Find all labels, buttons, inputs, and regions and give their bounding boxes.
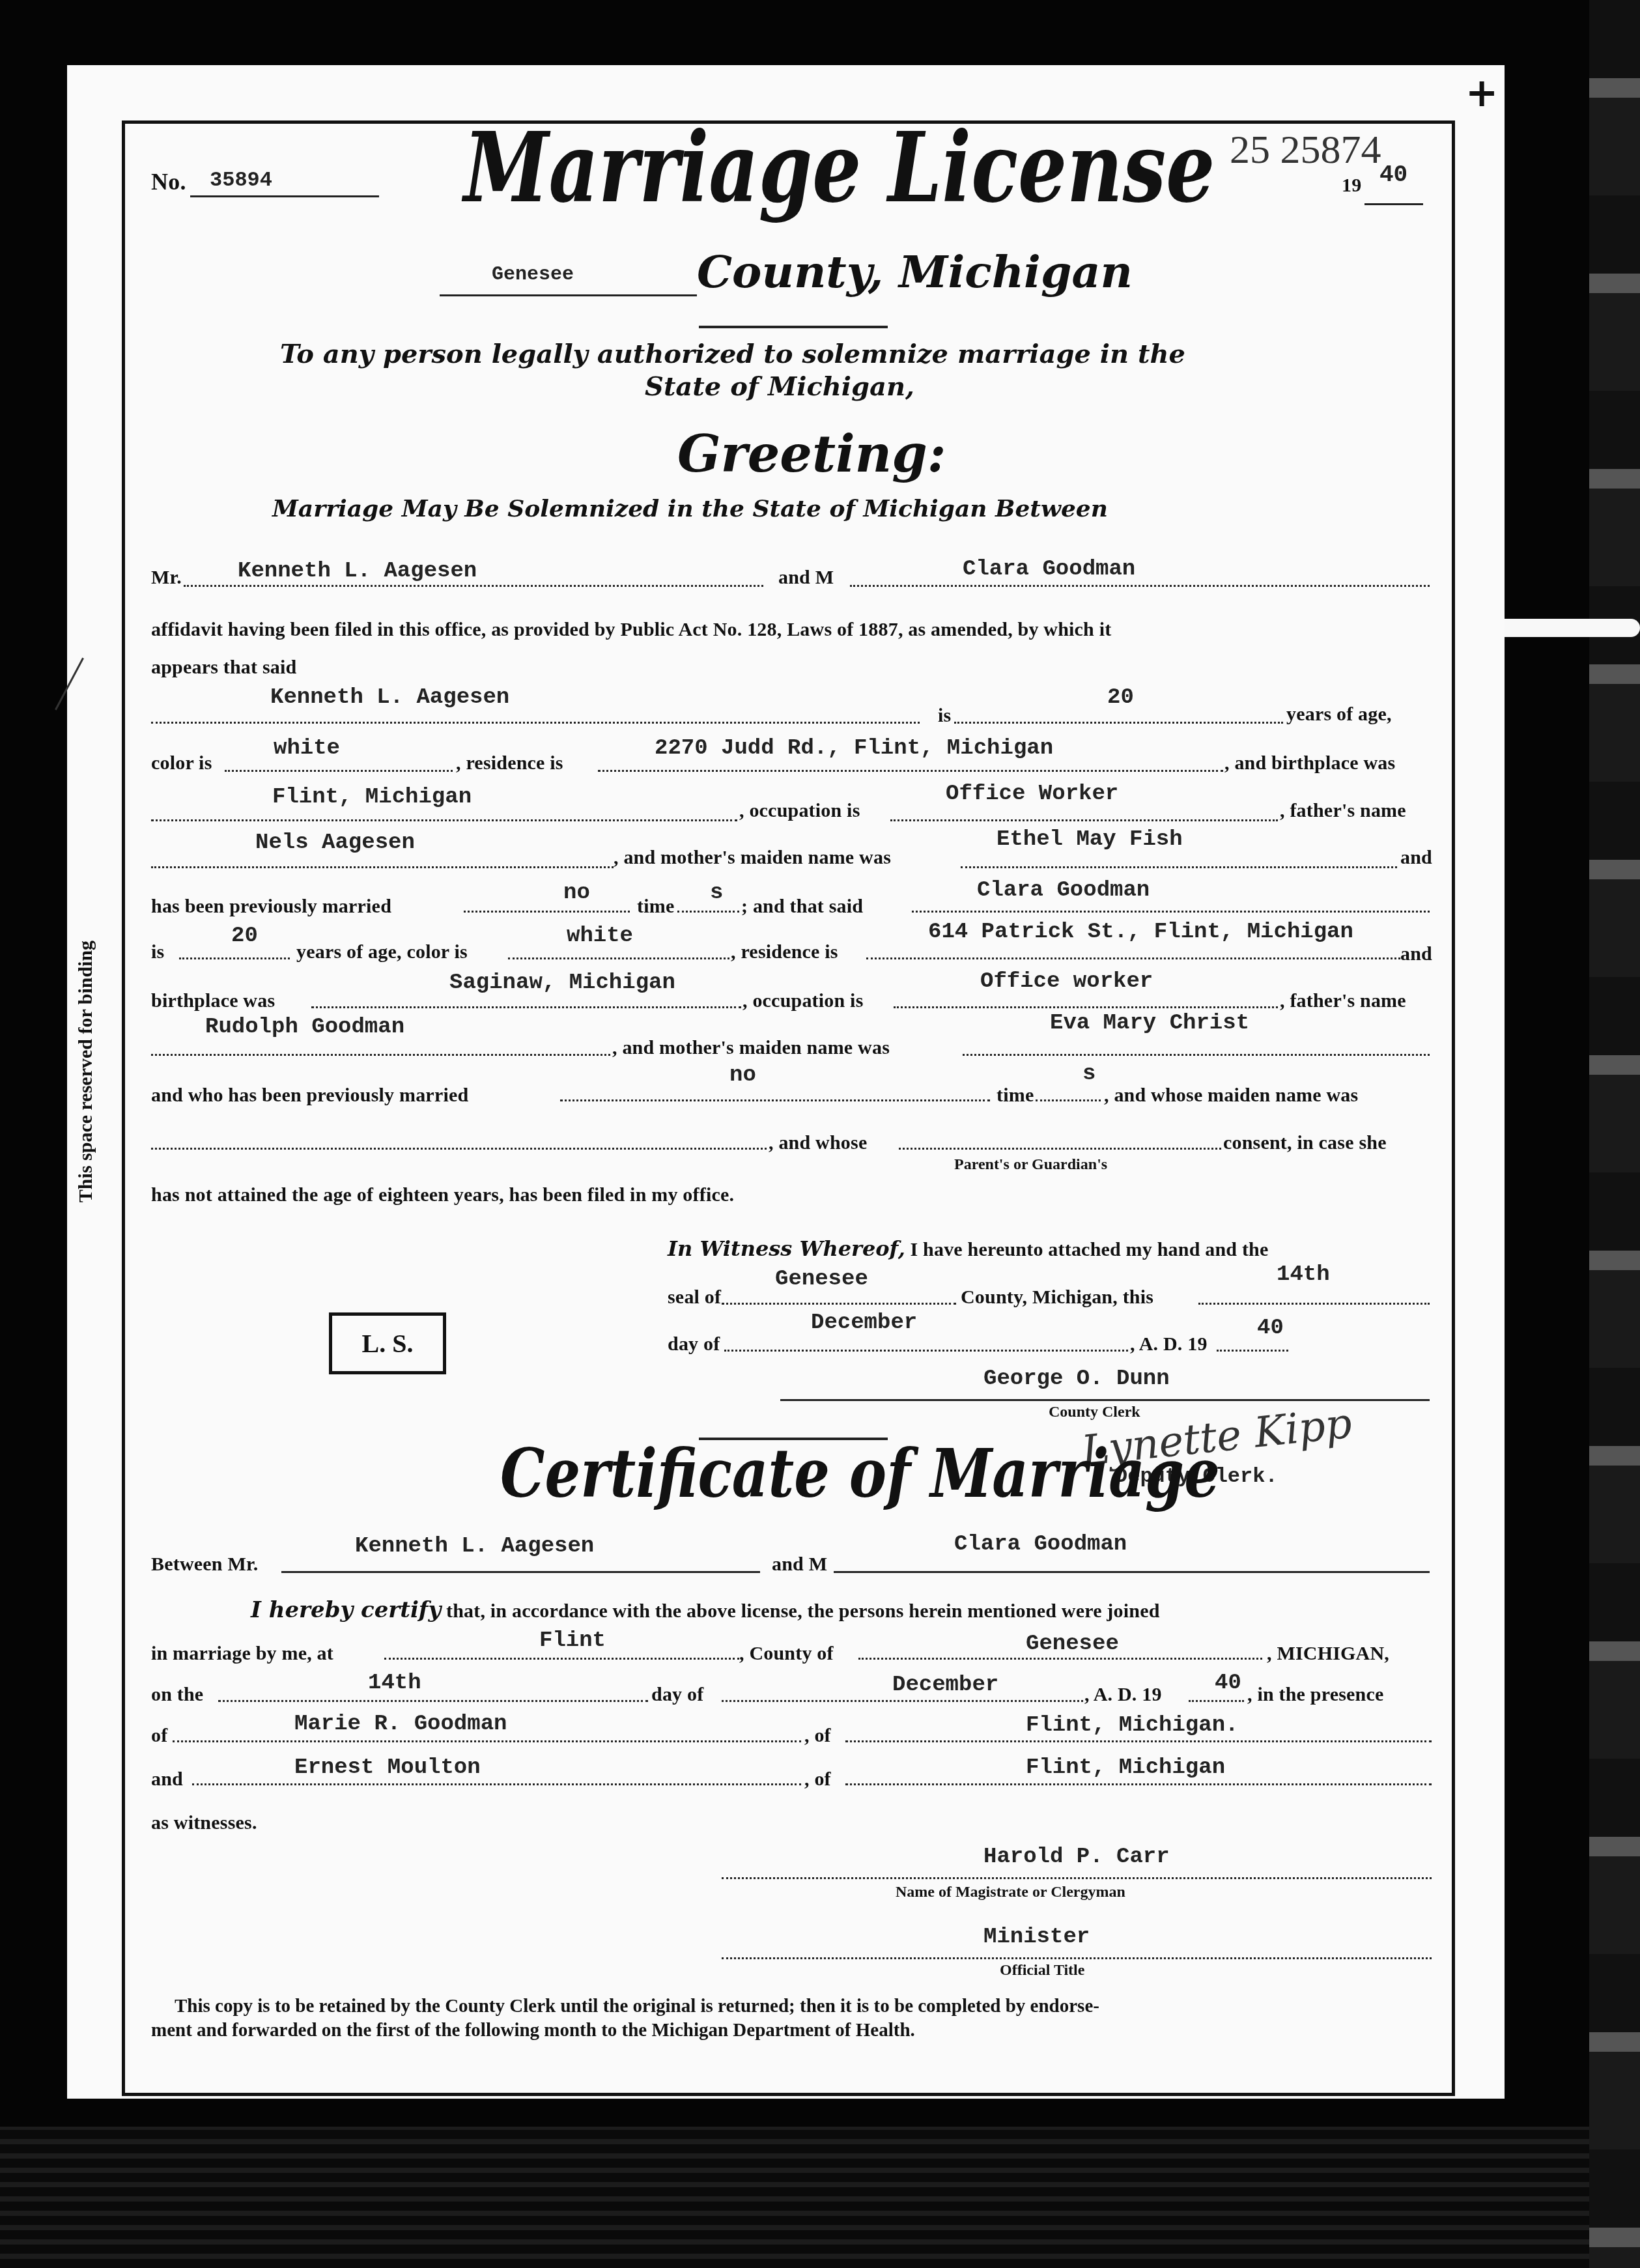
- groom-and-that-said: ; and that said: [741, 896, 863, 918]
- official-title-value: Minister: [983, 1925, 1090, 1949]
- groom-residence: 2270 Judd Rd., Flint, Michigan: [655, 736, 1053, 761]
- day-of-label: day of: [668, 1333, 720, 1355]
- groom-times: s: [710, 881, 723, 905]
- seal-label: seal of: [668, 1286, 721, 1309]
- in-marriage-label: in marriage by me, at: [151, 1643, 333, 1665]
- seal-month: December: [811, 1311, 917, 1335]
- cert-between-label: Between Mr.: [151, 1553, 258, 1576]
- bride-name: Clara Goodman: [963, 557, 1135, 582]
- groom-name-line: [151, 722, 920, 724]
- cert-day-of-label: day of: [651, 1684, 703, 1706]
- seal-day: 14th: [1277, 1262, 1330, 1287]
- witness1-place: Flint, Michigan.: [1026, 1713, 1238, 1738]
- groom-occupation-label: , occupation is: [739, 800, 860, 822]
- witness2-name-line: [192, 1783, 801, 1785]
- cert-and-label: and M: [772, 1553, 827, 1576]
- address-line-2: State of Michigan,: [645, 371, 914, 402]
- certify-statement: I hereby certify that, in accordance wit…: [251, 1597, 1160, 1623]
- corner-mark: +: [1465, 70, 1498, 116]
- seal-month-line: [724, 1350, 1128, 1352]
- presence-label: , in the presence: [1247, 1684, 1384, 1706]
- greeting: Greeting:: [677, 425, 946, 484]
- groom-prev-married-line: [464, 911, 630, 913]
- bride-residence: 614 Patrick St., Flint, Michigan: [928, 920, 1353, 944]
- ls-seal-box: L. S.: [329, 1312, 446, 1374]
- license-no-value: 35894: [210, 168, 272, 192]
- cert-month-line: [722, 1700, 1083, 1702]
- affidavit-line-1: affidavit having been filed in this offi…: [151, 619, 1111, 641]
- cert-day-line: [218, 1700, 648, 1702]
- cert-ad-label: , A. D. 19: [1084, 1684, 1162, 1706]
- year-suffix: 40: [1379, 162, 1407, 188]
- cert-year: 40: [1215, 1671, 1241, 1695]
- groom-years-label: years of age,: [1286, 703, 1392, 726]
- bride-residence-line: [866, 957, 1400, 959]
- groom-father-line: [151, 866, 614, 868]
- cert-and-label-2: and: [151, 1768, 183, 1791]
- groom-prev-married-label: has been previously married: [151, 896, 391, 918]
- bride-occupation-label: , occupation is: [742, 990, 864, 1012]
- bride-residence-label: , residence is: [731, 941, 838, 963]
- groom-is-label: is: [938, 705, 951, 727]
- groom-age: 20: [1107, 685, 1134, 710]
- bride-occupation-line: [894, 1006, 1278, 1008]
- affidavit-line-2: appears that said: [151, 657, 296, 679]
- groom-mother-label: , and mother's maiden name was: [614, 847, 891, 869]
- seal-county: Genesee: [775, 1267, 868, 1292]
- bride-maiden-line: [151, 1148, 767, 1150]
- bride-prev-married: no: [729, 1063, 756, 1088]
- seal-year-line: [1217, 1350, 1288, 1352]
- groom-occupation: Office Worker: [946, 782, 1118, 806]
- certify-lead: I hereby certify: [251, 1597, 441, 1623]
- groom-color-label: color is: [151, 752, 212, 774]
- cert-month: December: [892, 1673, 998, 1697]
- header-divider: [699, 326, 888, 328]
- cert-groom-line: [281, 1571, 760, 1573]
- bride-mother: Eva Mary Christ: [1050, 1011, 1249, 1036]
- groom-age-line: [954, 722, 1283, 724]
- seal-ad-label: , A. D. 19: [1130, 1333, 1208, 1355]
- bride-mother-line: [963, 1054, 1430, 1056]
- groom-birthplace: Flint, Michigan: [272, 785, 472, 810]
- bride-and-whose-label: , and whose: [769, 1132, 867, 1154]
- cert-of-label: of: [151, 1725, 167, 1747]
- witness2-of-label: , of: [804, 1768, 831, 1791]
- seal-year: 40: [1257, 1316, 1284, 1340]
- county-line: [440, 294, 697, 296]
- witness1-name-line: [173, 1740, 801, 1742]
- footer-line-1: This copy is to be retained by the Count…: [175, 1994, 1099, 2019]
- bride-mother-label: , and mother's maiden name was: [612, 1037, 890, 1059]
- consent-label: consent, in case she: [1223, 1132, 1387, 1154]
- scan-edge-strip: [1589, 0, 1640, 2268]
- bride-birthplace: Saginaw, Michigan: [449, 971, 675, 995]
- year-prefix: 19: [1342, 175, 1361, 197]
- groom-residence-label: , residence is: [456, 752, 563, 774]
- bride-color-line: [508, 957, 729, 959]
- bride-age: 20: [231, 924, 258, 948]
- year-line: [1364, 203, 1423, 205]
- bride-is-label: is: [151, 941, 164, 963]
- cert-county-of-label: , County of: [739, 1643, 834, 1665]
- witness1-place-line: [845, 1740, 1432, 1742]
- in-witness-whereof: In Witness Whereof,: [668, 1236, 905, 1261]
- bride-father-label: , father's name: [1280, 990, 1406, 1012]
- cert-groom: Kenneth L. Aagesen: [355, 1534, 594, 1559]
- groom-father-label: , father's name: [1280, 800, 1406, 822]
- bride-birthplace-line: [311, 1006, 741, 1008]
- cert-county: Genesee: [1026, 1632, 1119, 1656]
- groom-occupation-line: [890, 819, 1278, 821]
- bride-time-line: [1036, 1099, 1101, 1101]
- cert-year-line: [1189, 1700, 1244, 1702]
- witness-text: I have hereunto attached my hand and the: [905, 1239, 1269, 1260]
- witness2-place-line: [845, 1783, 1432, 1785]
- groom-time-label: time: [637, 896, 674, 918]
- groom-residence-line: [598, 770, 1223, 772]
- cert-place: Flint: [539, 1628, 606, 1653]
- groom-birthplace-label: , and birthplace was: [1224, 752, 1395, 774]
- officiant-name: Harold P. Carr: [983, 1845, 1170, 1869]
- bride-time-label: time: [997, 1084, 1034, 1107]
- cert-bride-line: [834, 1571, 1430, 1573]
- file-number: 25 25874: [1230, 127, 1381, 173]
- bride-occupation: Office worker: [980, 969, 1153, 994]
- groom-mother-line: [961, 866, 1397, 868]
- groom-father: Nels Aagesen: [255, 830, 415, 855]
- county-value: Genesee: [492, 264, 574, 286]
- county-title: County, Michigan: [697, 246, 1133, 298]
- on-the-label: on the: [151, 1684, 203, 1706]
- document-border: [122, 120, 1455, 2096]
- groom-detail-name: Kenneth L. Aagesen: [270, 685, 509, 710]
- document-title: Marriage License: [464, 111, 1215, 224]
- groom-line: [184, 585, 763, 587]
- seal-county-line: [722, 1303, 956, 1305]
- bride-prev-married-label: and who has been previously married: [151, 1084, 468, 1107]
- binding-note: This space reserved for binding: [75, 876, 101, 1267]
- cert-place-line: [384, 1658, 739, 1660]
- groom-name: Kenneth L. Aagesen: [238, 559, 477, 584]
- clerk-caption: County Clerk: [1049, 1404, 1140, 1421]
- bride-maiden-label: , and whose maiden name was: [1104, 1084, 1358, 1107]
- and-m-label: and M: [778, 567, 834, 589]
- officiant-caption: Name of Magistrate or Clergyman: [896, 1884, 1125, 1901]
- guardian-line: [899, 1148, 1221, 1150]
- certificate-title: Certificate of Marriage: [500, 1434, 1220, 1513]
- bride-intro-line: [912, 911, 1430, 913]
- mr-label: Mr.: [151, 567, 182, 589]
- bride-intro-name: Clara Goodman: [977, 878, 1150, 903]
- address-line-1: To any person legally authorized to sole…: [280, 339, 1185, 369]
- clerk-name: George O. Dunn: [983, 1367, 1170, 1391]
- official-title-line: [722, 1957, 1432, 1959]
- age18-line: has not attained the age of eighteen yea…: [151, 1184, 734, 1206]
- bride-line: [850, 585, 1430, 587]
- seal-county-label: County, Michigan, this: [961, 1286, 1153, 1309]
- certify-text: that, in accordance with the above licen…: [441, 1600, 1159, 1622]
- groom-time-line: [677, 911, 739, 913]
- witness2-place: Flint, Michigan: [1026, 1755, 1225, 1780]
- groom-color-line: [225, 770, 453, 772]
- groom-mother: Ethel May Fish: [997, 827, 1183, 852]
- cert-day: 14th: [368, 1671, 421, 1695]
- seal-day-line: [1198, 1303, 1430, 1305]
- bride-prev-married-line: [560, 1099, 990, 1101]
- groom-color: white: [274, 736, 340, 761]
- official-title-caption: Official Title: [1000, 1962, 1084, 1979]
- groom-birthplace-line: [151, 819, 737, 821]
- bride-birthplace-label: birthplace was: [151, 990, 275, 1012]
- cert-bride: Clara Goodman: [954, 1532, 1127, 1557]
- as-witnesses: as witnesses.: [151, 1812, 257, 1834]
- witness-statement: In Witness Whereof, I have hereunto atta…: [668, 1236, 1269, 1261]
- guardian-caption: Parent's or Guardian's: [954, 1156, 1107, 1174]
- footer-line-2: ment and forwarded on the first of the f…: [151, 2019, 915, 2043]
- officiant-line: [722, 1877, 1432, 1879]
- bride-father-line: [151, 1054, 610, 1056]
- bride-color: white: [567, 924, 633, 948]
- license-no-line: [190, 195, 379, 197]
- witness2-name: Ernest Moulton: [294, 1755, 481, 1780]
- cert-county-line: [858, 1658, 1262, 1660]
- bride-and-label: and: [1400, 943, 1432, 965]
- groom-and-label: and: [1400, 847, 1432, 869]
- bride-father: Rudolph Goodman: [205, 1015, 404, 1040]
- bride-times: s: [1082, 1062, 1096, 1086]
- witness1-of-label: , of: [804, 1725, 831, 1747]
- between-line: Marriage May Be Solemnized in the State …: [272, 495, 1108, 522]
- bride-years-color-label: years of age, color is: [296, 941, 468, 963]
- witness1-name: Marie R. Goodman: [294, 1712, 507, 1736]
- groom-prev-married: no: [563, 881, 590, 905]
- bride-age-line: [179, 957, 290, 959]
- license-no-label: No.: [151, 168, 186, 195]
- scan-notch: [1505, 619, 1640, 637]
- cert-michigan-label: , MICHIGAN,: [1267, 1643, 1389, 1665]
